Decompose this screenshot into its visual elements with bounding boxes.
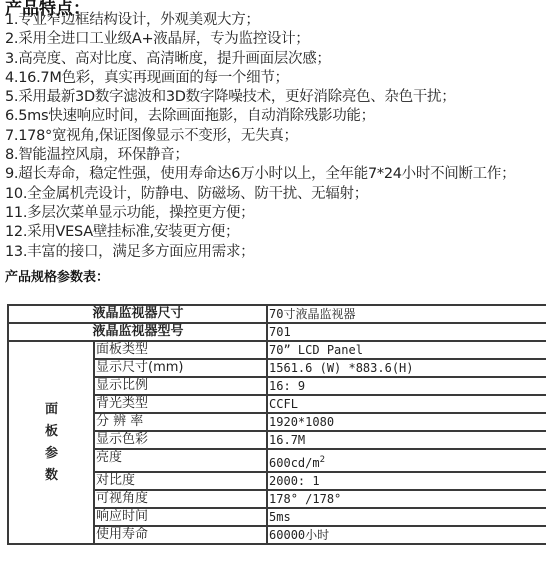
table-row: 液晶监视器尺寸 70寸液晶监视器	[8, 305, 546, 323]
feature-item: 9.超长寿命，稳定性强，使用寿命达6万小时以上，全年能7*24小时不间断工作；	[5, 165, 515, 184]
spec-value: 70寸液晶监视器	[267, 305, 546, 323]
spec-value: 16.7M	[267, 431, 546, 449]
group-label-char: 面	[10, 399, 93, 421]
spec-value: 600cd/m2	[267, 449, 546, 472]
spec-value: 5ms	[267, 508, 546, 526]
feature-item: 4.16.7M色彩，真实再现画面的每一个细节；	[5, 69, 515, 88]
feature-item: 7.178°宽视角,保证图像显示不变形，无失真；	[5, 127, 515, 146]
spec-label: 对比度	[94, 472, 267, 490]
spec-value: CCFL	[267, 395, 546, 413]
spec-table: 液晶监视器尺寸 70寸液晶监视器 液晶监视器型号 701 面 板 参 数 面板类…	[7, 304, 546, 545]
spec-label: 分 辨 率	[94, 413, 267, 431]
spec-label: 亮度	[94, 449, 267, 472]
spec-label: 可视角度	[94, 490, 267, 508]
table-row: 液晶监视器型号 701	[8, 323, 546, 341]
feature-item: 13.丰富的接口，满足多方面应用需求；	[5, 243, 515, 262]
spec-label: 背光类型	[94, 395, 267, 413]
spec-value: 1561.6 (W) *883.6(H)	[267, 359, 546, 377]
group-label-char: 板	[10, 421, 93, 443]
feature-item: 12.采用VESA壁挂标准,安装更方便；	[5, 223, 515, 242]
spec-label: 液晶监视器尺寸	[8, 305, 267, 323]
spec-table-heading: 产品规格参数表：	[5, 266, 109, 285]
feature-item: 8.智能温控风扇，环保静音；	[5, 146, 515, 165]
spec-label: 显示比例	[94, 377, 267, 395]
spec-label: 显示尺寸(mm)	[94, 359, 267, 377]
group-label-char: 数	[10, 465, 93, 487]
spec-value-text: 600cd/m	[269, 456, 320, 470]
feature-item: 5.采用最新3D数字滤波和3D数字降噪技术，更好消除亮色、杂色干扰；	[5, 88, 515, 107]
panel-params-group-label: 面 板 参 数	[8, 341, 94, 544]
feature-item: 10.全金属机壳设计，防静电、防磁场、防干扰、无辐射；	[5, 185, 515, 204]
spec-value: 701	[267, 323, 546, 341]
spec-label: 液晶监视器型号	[8, 323, 267, 341]
spec-value: 1920*1080	[267, 413, 546, 431]
table-row: 面 板 参 数 面板类型 70” LCD Panel	[8, 341, 546, 359]
spec-value: 60000小时	[267, 526, 546, 544]
feature-item: 11.多层次菜单显示功能，操控更方便；	[5, 204, 515, 223]
superscript: 2	[320, 455, 325, 465]
feature-item: 6.5ms快速响应时间，去除画面拖影，自动消除残影功能；	[5, 107, 515, 126]
spec-label: 响应时间	[94, 508, 267, 526]
spec-label: 显示色彩	[94, 431, 267, 449]
spec-value: 16: 9	[267, 377, 546, 395]
spec-value: 2000: 1	[267, 472, 546, 490]
features-list: 1.专业窄边框结构设计，外观美观大方； 2.采用全进口工业级A+液晶屏，专为监控…	[5, 11, 515, 262]
spec-value: 178° /178°	[267, 490, 546, 508]
feature-item: 2.采用全进口工业级A+液晶屏，专为监控设计；	[5, 30, 515, 49]
feature-item: 3.高亮度、高对比度、高清晰度，提升画面层次感；	[5, 50, 515, 69]
spec-label: 使用寿命	[94, 526, 267, 544]
group-label-char: 参	[10, 443, 93, 465]
spec-value: 70” LCD Panel	[267, 341, 546, 359]
feature-item: 1.专业窄边框结构设计，外观美观大方；	[5, 11, 515, 30]
spec-label: 面板类型	[94, 341, 267, 359]
